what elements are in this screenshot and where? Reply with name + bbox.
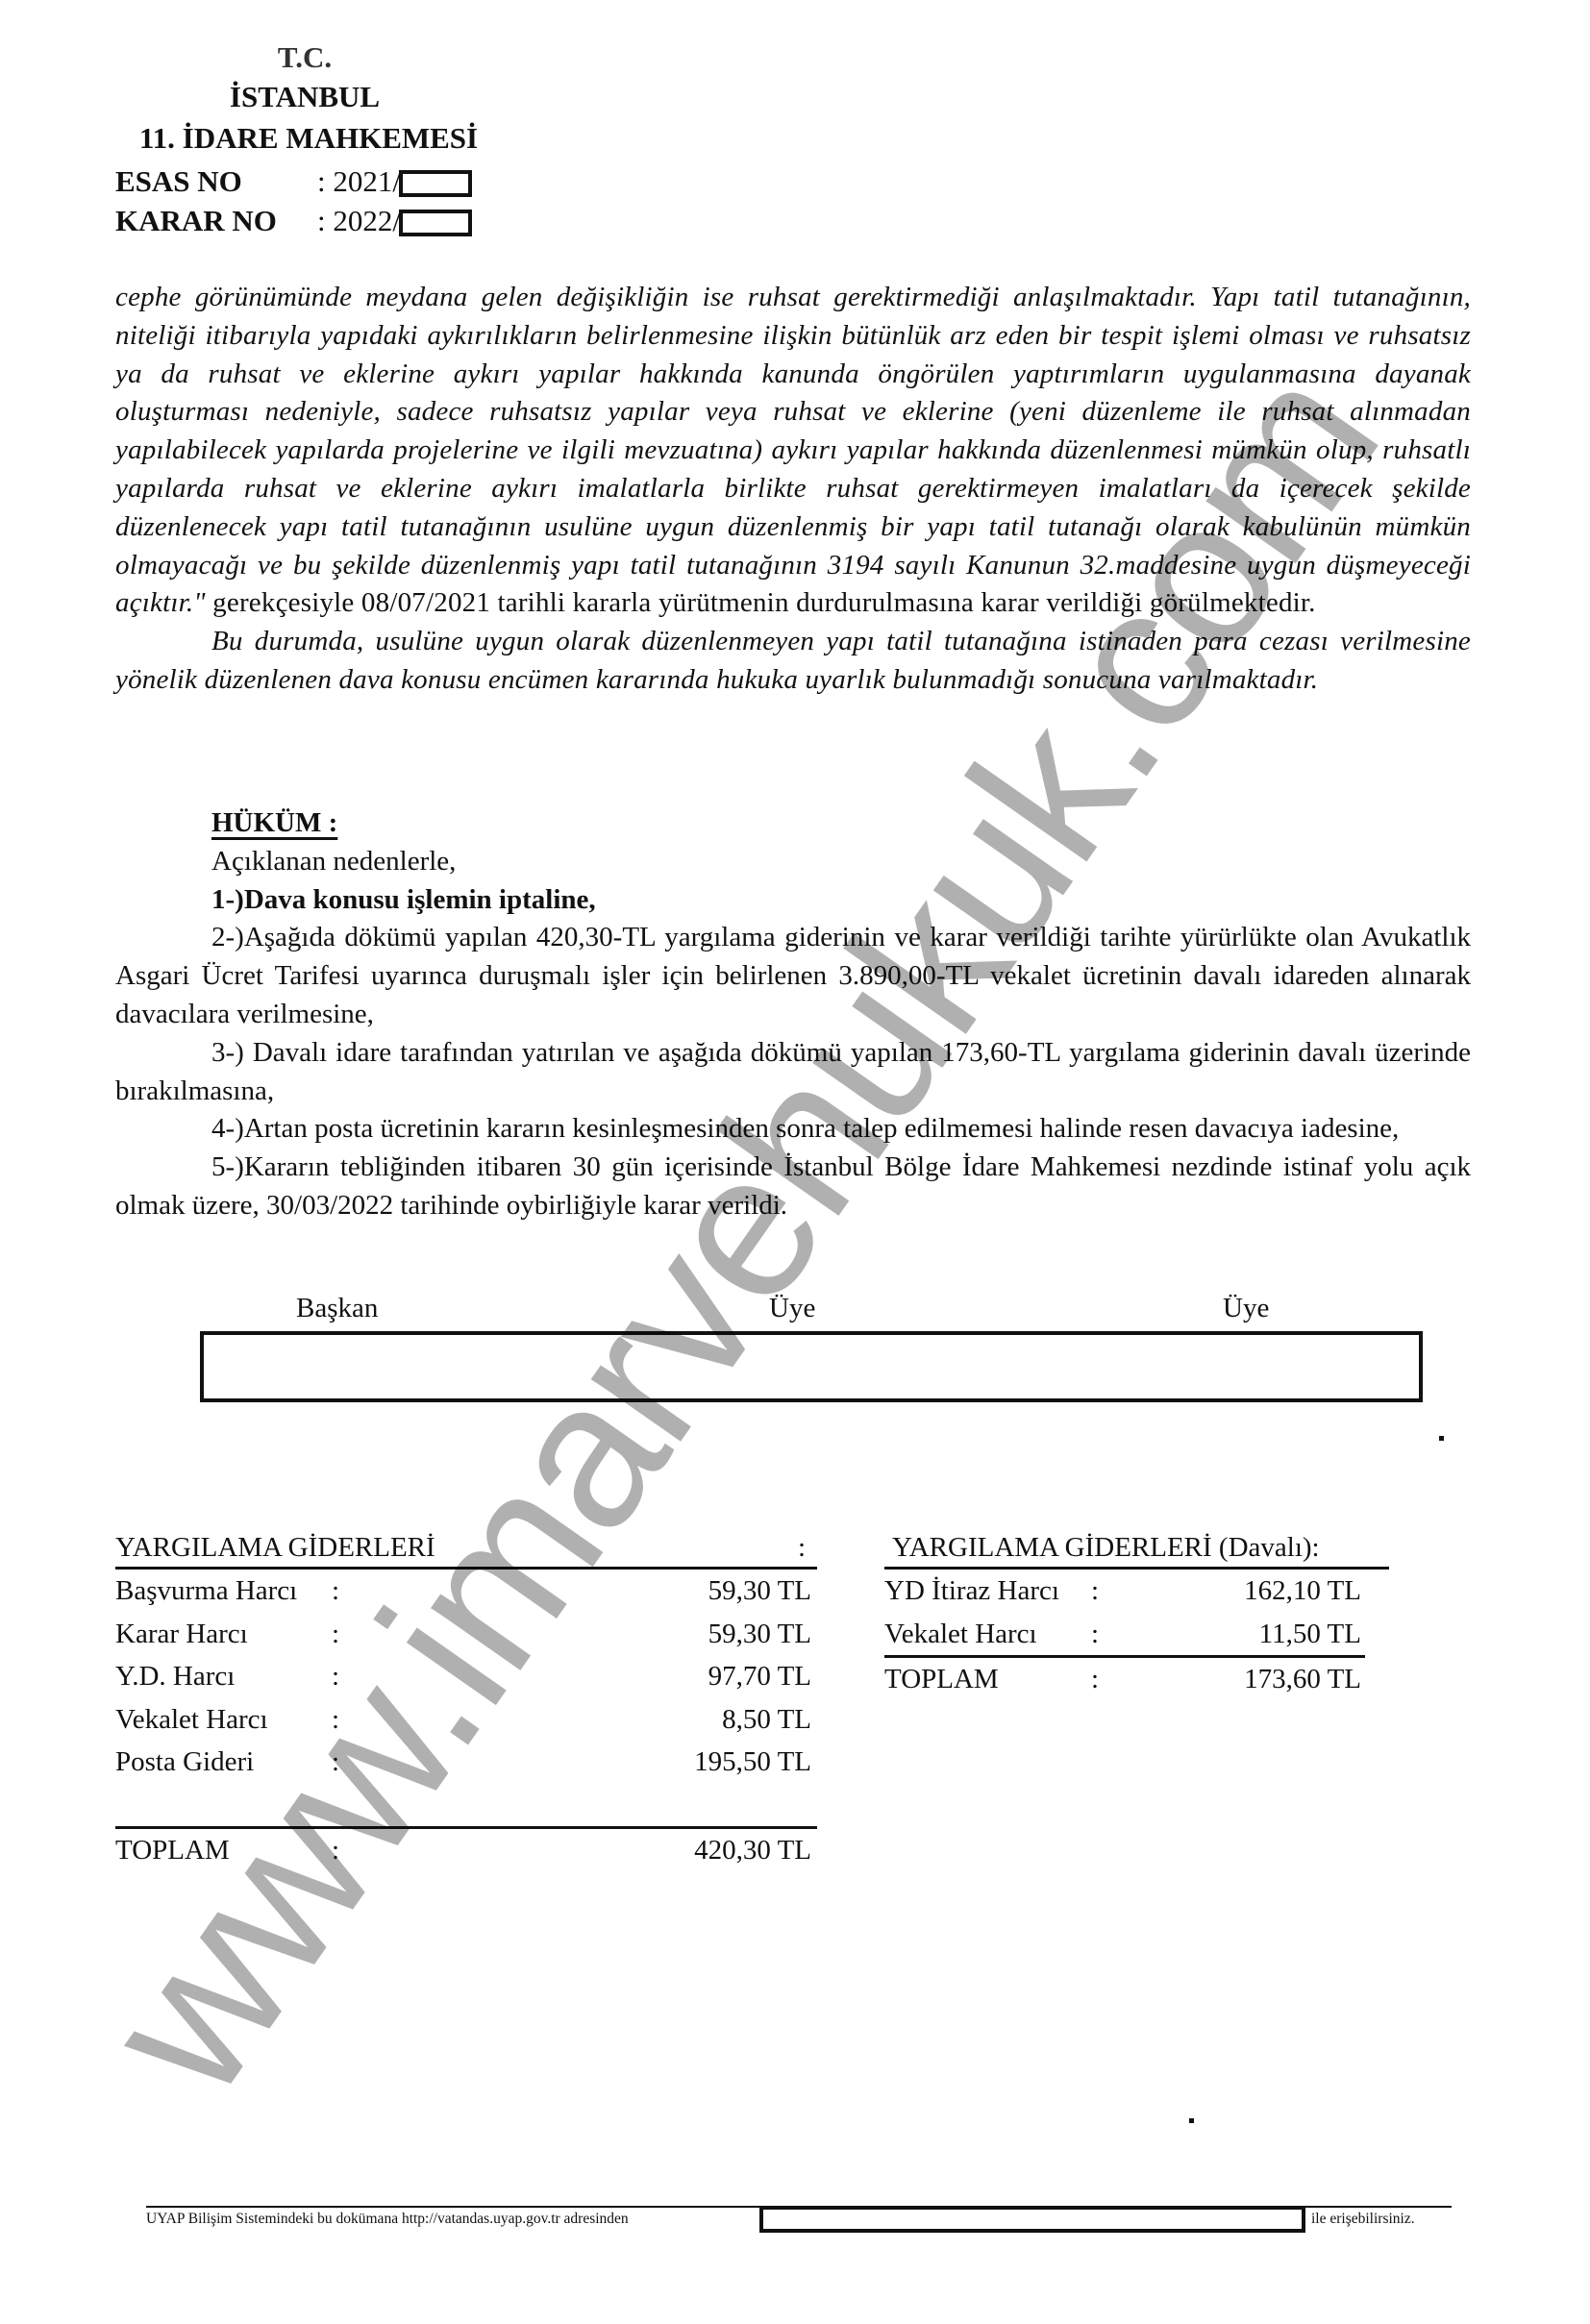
decision-item: 3-) Davalı idare tarafından yatırılan ve…: [115, 1034, 1471, 1111]
cost-name: YD İtiraz Harcı: [884, 1570, 1091, 1613]
costs-total-row: TOPLAM : 173,60 TL: [884, 1655, 1365, 1701]
cost-name: Karar Harcı: [115, 1613, 332, 1656]
header-city: İSTANBUL: [213, 82, 396, 111]
costs-title: YARGILAMA GİDERLERİ (Davalı):: [884, 1528, 1320, 1567]
costs-title-colon: :: [798, 1528, 806, 1567]
costs-table-defendant: YARGILAMA GİDERLERİ (Davalı): YD İtiraz …: [884, 1528, 1370, 1701]
dot-mark: [1189, 2118, 1194, 2123]
costs-total-row: TOPLAM : 420,30 TL: [115, 1826, 817, 1872]
cost-colon: :: [1091, 1613, 1099, 1656]
cost-row: Y.D. Harcı:97,70 TL: [115, 1655, 817, 1698]
cost-value: 11,50 TL: [1259, 1613, 1361, 1656]
reasoning-paragraph: cephe görünümünde meydana gelen değişikl…: [115, 279, 1471, 700]
decision-item: 1-)Dava konusu işlemin iptaline,: [211, 881, 1471, 920]
costs-rows: YD İtiraz Harcı:162,10 TLVekalet Harcı:1…: [884, 1570, 1365, 1655]
karar-no-row: KARAR NO: 2022/: [115, 206, 472, 236]
cost-row: Başvurma Harcı:59,30 TL: [115, 1570, 817, 1613]
signature-member: Üye: [1223, 1293, 1269, 1324]
cost-colon: :: [1091, 1658, 1099, 1701]
footer-text-end: ile erişebilirsiniz.: [1311, 2211, 1415, 2228]
costs-title-row: YARGILAMA GİDERLERİ (Davalı):: [884, 1528, 1389, 1570]
header-state: T.C.: [271, 42, 338, 72]
karar-no-label: KARAR NO: [115, 206, 317, 235]
karar-no-value: : 2022/: [317, 204, 401, 237]
header-court: 11. İDARE MAHKEMESİ: [121, 123, 496, 153]
cost-row: Vekalet Harcı:8,50 TL: [115, 1698, 817, 1742]
reasoning-tail: gerekçesiyle 08/07/2021 tarihli kararla …: [206, 587, 1316, 618]
cost-name: Vekalet Harcı: [884, 1613, 1091, 1656]
redaction-box: [399, 170, 472, 197]
signature-president: Başkan: [296, 1293, 378, 1324]
cost-name: Y.D. Harcı: [115, 1655, 332, 1698]
costs-rows: Başvurma Harcı:59,30 TLKarar Harcı:59,30…: [115, 1570, 817, 1784]
quoted-reasoning: cephe görünümünde meydana gelen değişikl…: [115, 282, 1471, 618]
footer-text: UYAP Bilişim Sistemindeki bu dokümana ht…: [146, 2211, 629, 2228]
cost-name: Posta Gideri: [115, 1741, 332, 1784]
esas-no-value: : 2021/: [317, 164, 401, 198]
esas-no-label: ESAS NO: [115, 166, 317, 196]
signature-member: Üye: [769, 1293, 815, 1324]
cost-name: Vekalet Harcı: [115, 1698, 332, 1742]
cost-value: 173,60 TL: [1244, 1658, 1361, 1701]
cost-value: 97,70 TL: [708, 1655, 811, 1698]
cost-colon: :: [332, 1698, 339, 1742]
costs-title: YARGILAMA GİDERLERİ: [115, 1528, 435, 1567]
cost-row: Karar Harcı:59,30 TL: [115, 1613, 817, 1656]
cost-colon: :: [332, 1655, 339, 1698]
cost-colon: :: [332, 1570, 339, 1613]
cost-row: Vekalet Harcı:11,50 TL: [884, 1613, 1365, 1656]
esas-no-row: ESAS NO: 2021/: [115, 166, 472, 197]
cost-name: TOPLAM: [884, 1658, 1091, 1701]
cost-colon: :: [332, 1829, 339, 1872]
cost-value: 59,30 TL: [708, 1613, 811, 1656]
decision-section: HÜKÜM : Açıklanan nedenlerle, 1-)Dava ko…: [115, 804, 1471, 1225]
cost-row: YD İtiraz Harcı:162,10 TL: [884, 1570, 1365, 1613]
costs-table-plaintiff: YARGILAMA GİDERLERİ : Başvurma Harcı:59,…: [115, 1528, 817, 1871]
cost-value: 8,50 TL: [722, 1698, 811, 1742]
dot-mark: [1439, 1436, 1444, 1441]
redaction-box: [399, 210, 472, 236]
footer-redaction-box: [759, 2208, 1305, 2233]
cost-row: Posta Gideri:195,50 TL: [115, 1741, 817, 1784]
conclusion-paragraph: Bu durumda, usulüne uygun olarak düzenle…: [115, 623, 1471, 700]
cost-colon: :: [1091, 1570, 1099, 1613]
cost-value: 420,30 TL: [694, 1829, 811, 1872]
decision-item: 4-)Artan posta ücretinin kararın kesinle…: [115, 1110, 1471, 1149]
cost-value: 195,50 TL: [694, 1741, 811, 1784]
decision-heading: HÜKÜM :: [211, 804, 337, 843]
decision-intro: Açıklanan nedenlerle,: [211, 843, 1471, 881]
cost-name: Başvurma Harcı: [115, 1570, 332, 1613]
decision-item: 5-)Kararın tebliğinden itibaren 30 gün i…: [115, 1149, 1471, 1225]
cost-value: 162,10 TL: [1244, 1570, 1361, 1613]
cost-name: TOPLAM: [115, 1829, 332, 1872]
cost-colon: :: [332, 1613, 339, 1656]
costs-title-row: YARGILAMA GİDERLERİ :: [115, 1528, 817, 1570]
cost-colon: :: [332, 1741, 339, 1784]
cost-value: 59,30 TL: [708, 1570, 811, 1613]
signature-redaction-box: [200, 1331, 1423, 1402]
decision-item: 2-)Aşağıda dökümü yapılan 420,30-TL yarg…: [115, 919, 1471, 1033]
